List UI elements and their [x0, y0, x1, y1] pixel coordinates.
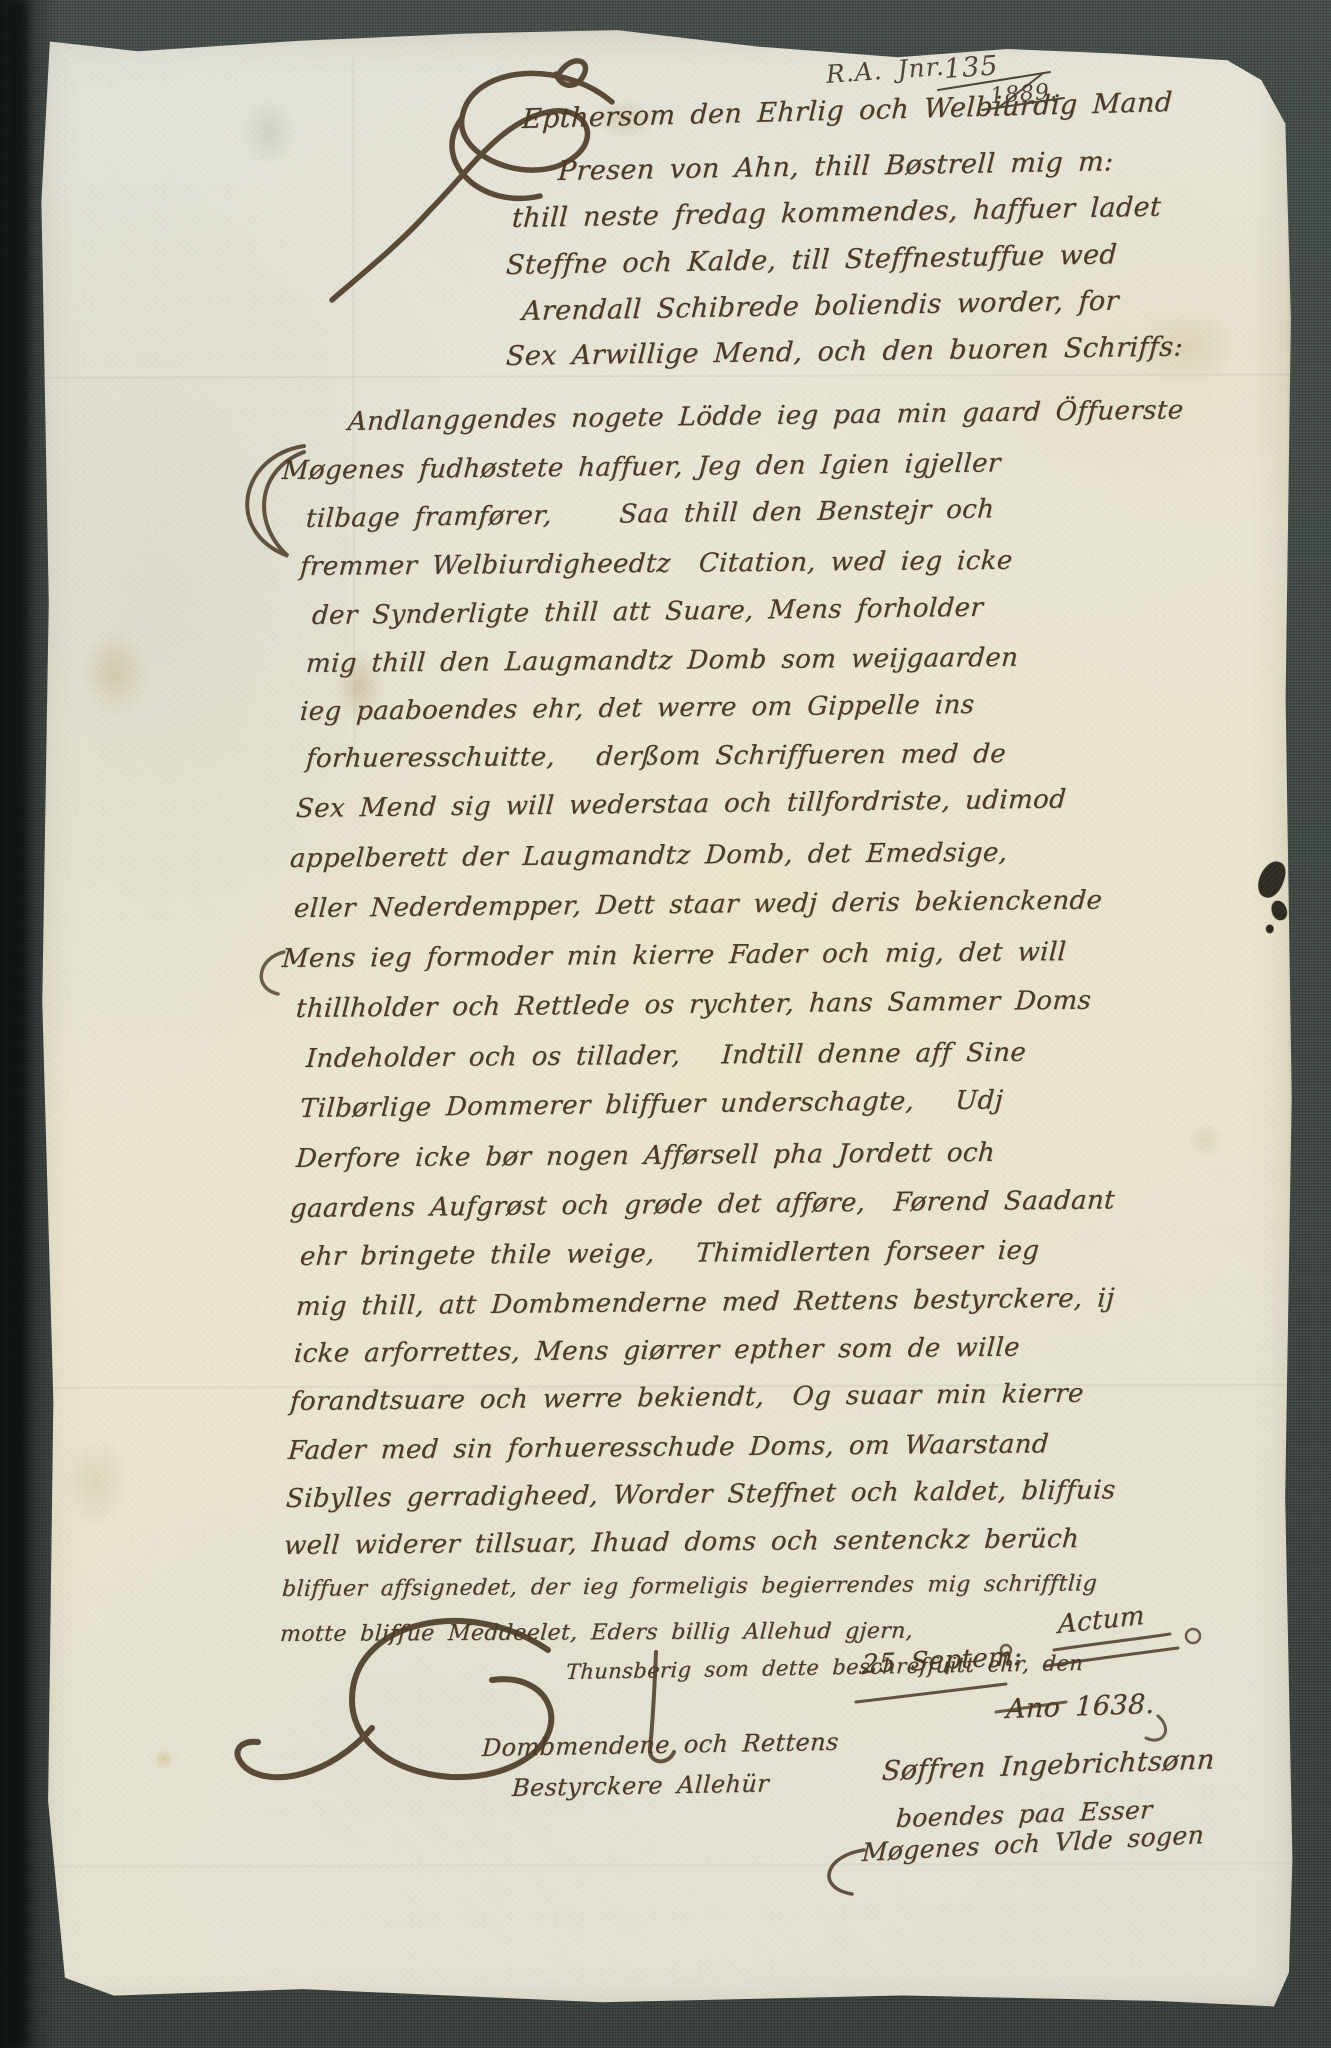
archival-annotation-number: 135 — [943, 50, 1000, 85]
stain — [49, 1419, 141, 1543]
stain — [1182, 1117, 1228, 1163]
fold-crease — [38, 1860, 1296, 1867]
handwritten-line: Indeholder och os tillader, Indtill denn… — [305, 1038, 1027, 1074]
handwritten-line: Derfore icke bør nogen Afførsell pha Jor… — [295, 1138, 996, 1174]
attestation-line: Bestyrckere Allehür — [511, 1769, 770, 1802]
stain — [69, 611, 161, 733]
handwritten-line: appelberett der Laugmandtz Domb, det Eme… — [289, 838, 1008, 874]
handwritten-line: icke arforrettes, Mens giørrer epther so… — [293, 1333, 1021, 1369]
handwritten-line: motte bliffue Meddeelet, Eders billig Al… — [279, 1619, 914, 1647]
ink-blot — [1270, 899, 1289, 922]
stain — [234, 87, 304, 177]
fold-crease — [34, 371, 1292, 378]
photograph-scene: R.A. Jnr. 135 1889. Epthersom den Ehrlig… — [0, 0, 1331, 2048]
handwritten-line: forhueresschuitte, derßom Schriffueren m… — [305, 739, 1007, 774]
handwritten-line: fremmer Welbiurdigheedtz Citation, wed i… — [299, 546, 1013, 582]
ink-blot — [1266, 924, 1274, 933]
stain — [150, 1745, 178, 1773]
left-fold-shadow-core — [8, 0, 28, 2048]
handwritten-line: mig thill den Laugmandtz Domb som weijga… — [305, 643, 1019, 679]
ink-blot — [1254, 858, 1288, 902]
dateline-year: Ano 1638. — [1005, 1689, 1155, 1725]
